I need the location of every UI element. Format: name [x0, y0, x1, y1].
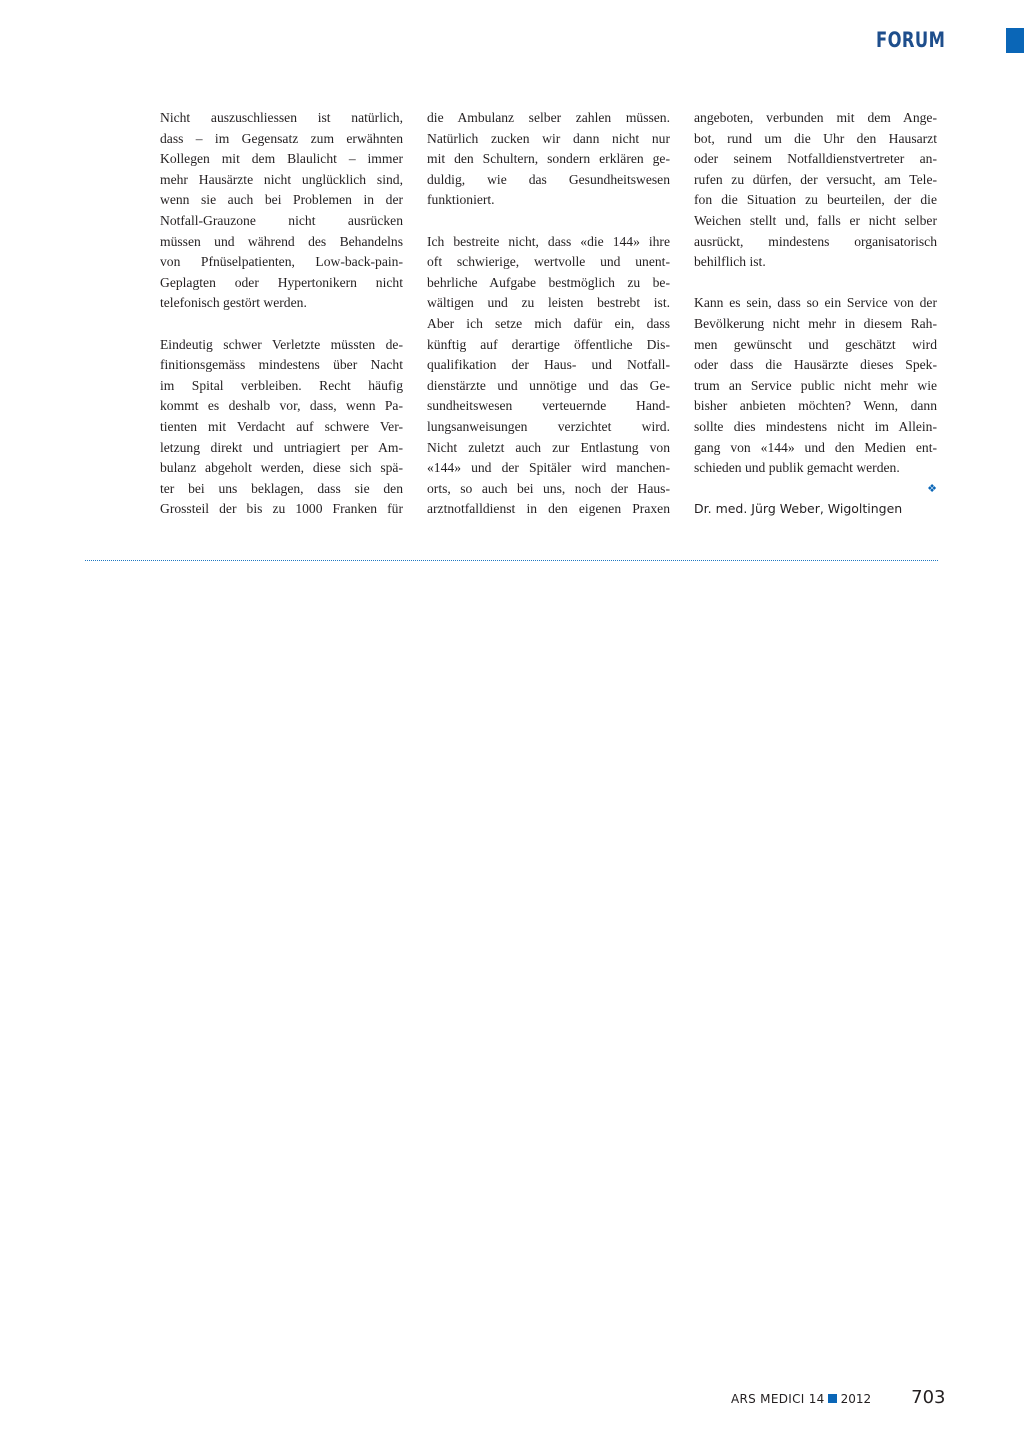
text-line: finitionsgemäss mindestens über Nacht [160, 355, 403, 376]
text-line: behilflich ist. [694, 252, 937, 273]
text-line: Aber ich setze mich dafür ein, dass [427, 314, 670, 335]
text-line: trum an Service public nicht mehr wie [694, 376, 937, 397]
text-line: Weichen stellt und, falls er nicht selbe… [694, 211, 937, 232]
text-line: gang von «144» und den Medien ent- [694, 438, 937, 459]
page-number: 703 [911, 1387, 945, 1408]
text-line: müssen und während des Behandelns [160, 232, 403, 253]
page-footer: ARS MEDICI 14 2012 703 [731, 1387, 946, 1408]
text-line: dienstärzte und unnötige und das Ge- [427, 376, 670, 397]
text-line: Nicht auszuschliessen ist natürlich, [160, 108, 403, 129]
text-line: dass – im Gegensatz zum erwähnten [160, 129, 403, 150]
text-line: wältigen und zu leisten bestrebt ist. [427, 293, 670, 314]
text-line: sollte dies mindestens nicht im Allein- [694, 417, 937, 438]
text-line: Eindeutig schwer Verletzte müssten de- [160, 335, 403, 356]
text-line: orts, so auch bei uns, noch der Haus- [427, 479, 670, 500]
text-line: funktioniert. [427, 190, 670, 211]
text-line: arztnotfalldienst in den eigenen Praxen [427, 499, 670, 520]
section-edge-tab [1006, 28, 1024, 53]
text-line: Geplagten oder Hypertonikern nicht [160, 273, 403, 294]
text-line: qualifikation der Haus- und Notfall- [427, 355, 670, 376]
text-line: oder seinem Notfalldienstvertreter an- [694, 149, 937, 170]
text-line: Natürlich zucken wir dann nicht nur [427, 129, 670, 150]
text-line: Bevölkerung nicht mehr in diesem Rah- [694, 314, 937, 335]
text-line: «144» und der Spitäler wird manchen- [427, 458, 670, 479]
text-line: ausrückt, mindestens organisatorisch [694, 232, 937, 253]
text-line: Notfall-Grauzone nicht ausrücken [160, 211, 403, 232]
text-line: schieden und publik gemacht werden. [694, 458, 937, 479]
text-line: angeboten, verbunden mit dem Ange- [694, 108, 937, 129]
text-line: mit den Schultern, sondern erklären ge- [427, 149, 670, 170]
text-line: Kollegen mit dem Blaulicht – immer [160, 149, 403, 170]
author-signature: Dr. med. Jürg Weber, Wigoltingen [694, 499, 937, 519]
square-separator-icon [828, 1394, 837, 1403]
article-column-3: angeboten, verbunden mit dem Ange- bot, … [694, 108, 937, 519]
magazine-issue: ARS MEDICI 14 [731, 1392, 825, 1406]
text-line: tienten mit Verdacht auf schwere Ver- [160, 417, 403, 438]
text-line: letzung direkt und untriagiert per Am- [160, 438, 403, 459]
text-line: mehr Hausärzte nicht unglücklich sind, [160, 170, 403, 191]
article-column-2: die Ambulanz selber zahlen müssen. Natür… [427, 108, 670, 540]
text-line: bisher anbieten möchten? Wenn, dann [694, 396, 937, 417]
text-line: telefonisch gestört werden. [160, 293, 403, 314]
text-line: von Pfnüselpatienten, Low-back-pain- [160, 252, 403, 273]
section-label: FORUM [876, 26, 945, 54]
text-line: lungsanweisungen verzichtet wird. [427, 417, 670, 438]
text-line: Kann es sein, dass so ein Service von de… [694, 293, 937, 314]
text-line: bulanz abgeholt werden, diese sich spä- [160, 458, 403, 479]
paragraph: Ich bestreite nicht, dass «die 144» ihre… [427, 232, 670, 520]
text-line: sundheitswesen verteuernde Hand- [427, 396, 670, 417]
text-line: men gewünscht und geschätzt wird [694, 335, 937, 356]
text-line: oder dass die Hausärzte dieses Spek- [694, 355, 937, 376]
section-divider [85, 560, 938, 561]
text-line: Ich bestreite nicht, dass «die 144» ihre [427, 232, 670, 253]
text-line: behrliche Aufgabe bestmöglich zu be- [427, 273, 670, 294]
text-line: künftig auf derartige öffentliche Dis- [427, 335, 670, 356]
article-column-1: Nicht auszuschliessen ist natürlich, das… [160, 108, 403, 540]
end-of-article-diamond-icon: ❖ [694, 479, 937, 499]
text-line: bot, rund um die Uhr den Hausarzt [694, 129, 937, 150]
text-line: fon die Situation zu beurteilen, der die [694, 190, 937, 211]
paragraph: die Ambulanz selber zahlen müssen. Natür… [427, 108, 670, 211]
text-line: oft schwierige, wertvolle und unent- [427, 252, 670, 273]
text-line: rufen zu dürfen, der versucht, am Tele- [694, 170, 937, 191]
paragraph: Kann es sein, dass so ein Service von de… [694, 293, 937, 478]
text-line: im Spital verbleiben. Recht häufig [160, 376, 403, 397]
paragraph: Eindeutig schwer Verletzte müssten de- f… [160, 335, 403, 520]
issue-year: 2012 [841, 1392, 872, 1406]
text-line: Nicht zuletzt auch zur Entlastung von [427, 438, 670, 459]
text-line: wenn sie auch bei Problemen in der [160, 190, 403, 211]
paragraph: Nicht auszuschliessen ist natürlich, das… [160, 108, 403, 314]
text-line: Grossteil der bis zu 1000 Franken für [160, 499, 403, 520]
text-line: duldig, wie das Gesundheitswesen [427, 170, 670, 191]
text-line: kommt es deshalb vor, dass, wenn Pa- [160, 396, 403, 417]
text-line: ter bei uns beklagen, dass sie den [160, 479, 403, 500]
text-line: die Ambulanz selber zahlen müssen. [427, 108, 670, 129]
paragraph: angeboten, verbunden mit dem Ange- bot, … [694, 108, 937, 273]
